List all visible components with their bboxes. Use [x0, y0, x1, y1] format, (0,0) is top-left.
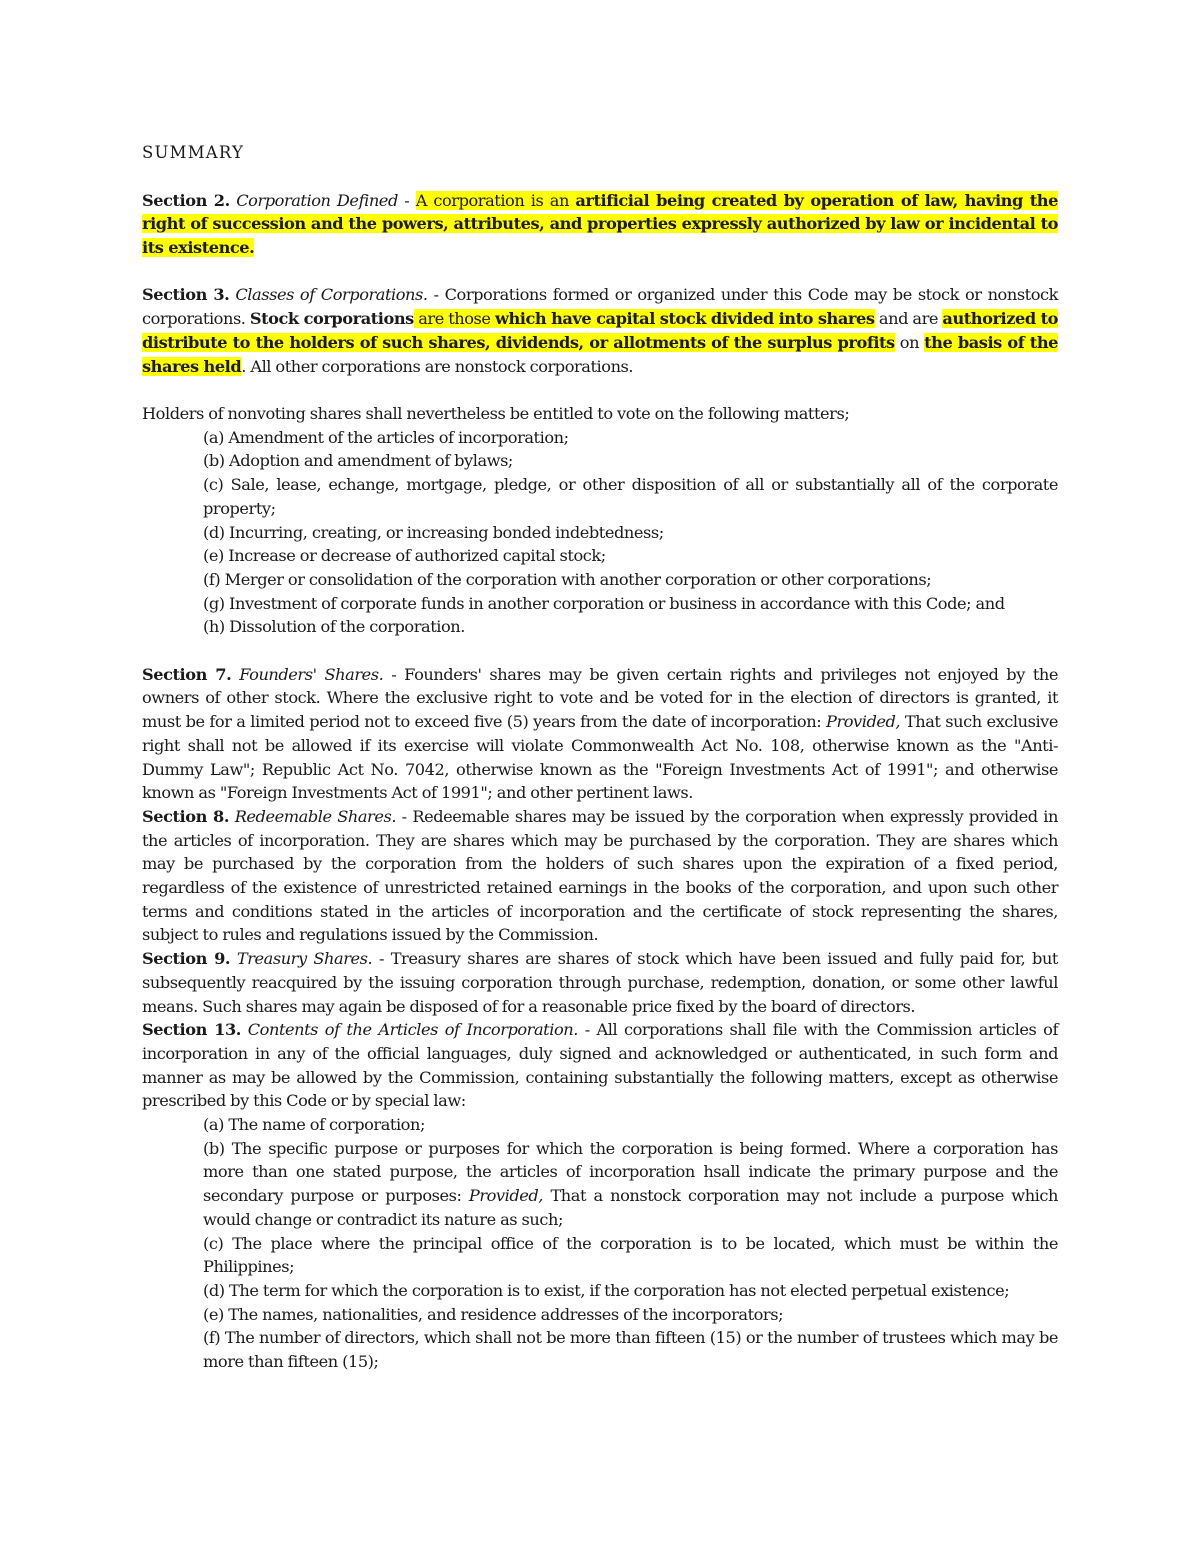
section-13-label: Section 13. [142, 1020, 241, 1039]
list-item: (b) The specific purpose or purposes for… [203, 1137, 1058, 1232]
section-3-highlight-2: which have capital stock divided into sh… [495, 309, 875, 328]
section-13-list: (a) The name of corporation; (b) The spe… [142, 1113, 1058, 1374]
section-7-provided: Provided, [826, 712, 900, 731]
list-item: (a) The name of corporation; [203, 1113, 1058, 1137]
section-3-text-4: . All other corporations are nonstock co… [241, 357, 633, 376]
section-3-paragraph: Section 3. Classes of Corporations. - Co… [142, 283, 1058, 378]
list-item: (f) The number of directors, which shall… [203, 1326, 1058, 1373]
list-item: (e) The names, nationalities, and reside… [203, 1303, 1058, 1327]
section-9-paragraph: Section 9. Treasury Shares. - Treasury s… [142, 947, 1058, 1018]
section-9-heading: Treasury Shares. [237, 949, 372, 968]
list-item: (b) Adoption and amendment of bylaws; [203, 449, 1058, 473]
nonvoting-list: (a) Amendment of the articles of incorpo… [142, 426, 1058, 639]
list-item: (e) Increase or decrease of authorized c… [203, 544, 1058, 568]
list-item: (a) Amendment of the articles of incorpo… [203, 426, 1058, 450]
section-8-label: Section 8. [142, 807, 229, 826]
document-page: SUMMARY Section 2. Corporation Defined -… [142, 141, 1058, 1374]
section-2-label: Section 2. [142, 191, 230, 210]
section-3-label: Section 3. [142, 285, 229, 304]
section-13-paragraph: Section 13. Contents of the Articles of … [142, 1018, 1058, 1113]
section-7-paragraph: Section 7. Founders' Shares. - Founders'… [142, 663, 1058, 805]
section-7-heading: Founders' Shares. [239, 665, 383, 684]
section-3-stock-corporations: Stock corporations [250, 309, 414, 328]
item-b-provided: Provided, [469, 1186, 543, 1205]
list-item: (h) Dissolution of the corporation. [203, 615, 1058, 639]
list-item: (g) Investment of corporate funds in ano… [203, 592, 1058, 616]
section-2-highlight-text: A corporation is an [416, 191, 576, 210]
section-8-heading: Redeemable Shares. [235, 807, 396, 826]
document-title: SUMMARY [142, 141, 1058, 165]
list-item: (f) Merger or consolidation of the corpo… [203, 568, 1058, 592]
section-3-highlight-1: are those [414, 309, 495, 328]
list-item: (c) Sale, lease, echange, mortgage, pled… [203, 473, 1058, 520]
section-8-text: - Redeemable shares may be issued by the… [142, 807, 1058, 945]
section-2-heading: Corporation Defined [236, 191, 398, 210]
section-2-paragraph: Section 2. Corporation Defined - A corpo… [142, 189, 1058, 260]
list-item: (c) The place where the principal office… [203, 1232, 1058, 1279]
section-9-label: Section 9. [142, 949, 230, 968]
section-2-separator: - [398, 191, 416, 210]
nonvoting-intro: Holders of nonvoting shares shall nevert… [142, 402, 1058, 426]
section-3-heading: Classes of Corporations. [235, 285, 427, 304]
section-3-text-2: and are [875, 309, 943, 328]
list-item: (d) Incurring, creating, or increasing b… [203, 521, 1058, 545]
section-7-label: Section 7. [142, 665, 231, 684]
section-3-text-3: on [895, 333, 924, 352]
section-8-paragraph: Section 8. Redeemable Shares. - Redeemab… [142, 805, 1058, 947]
section-13-heading: Contents of the Articles of Incorporatio… [248, 1020, 578, 1039]
list-item: (d) The term for which the corporation i… [203, 1279, 1058, 1303]
